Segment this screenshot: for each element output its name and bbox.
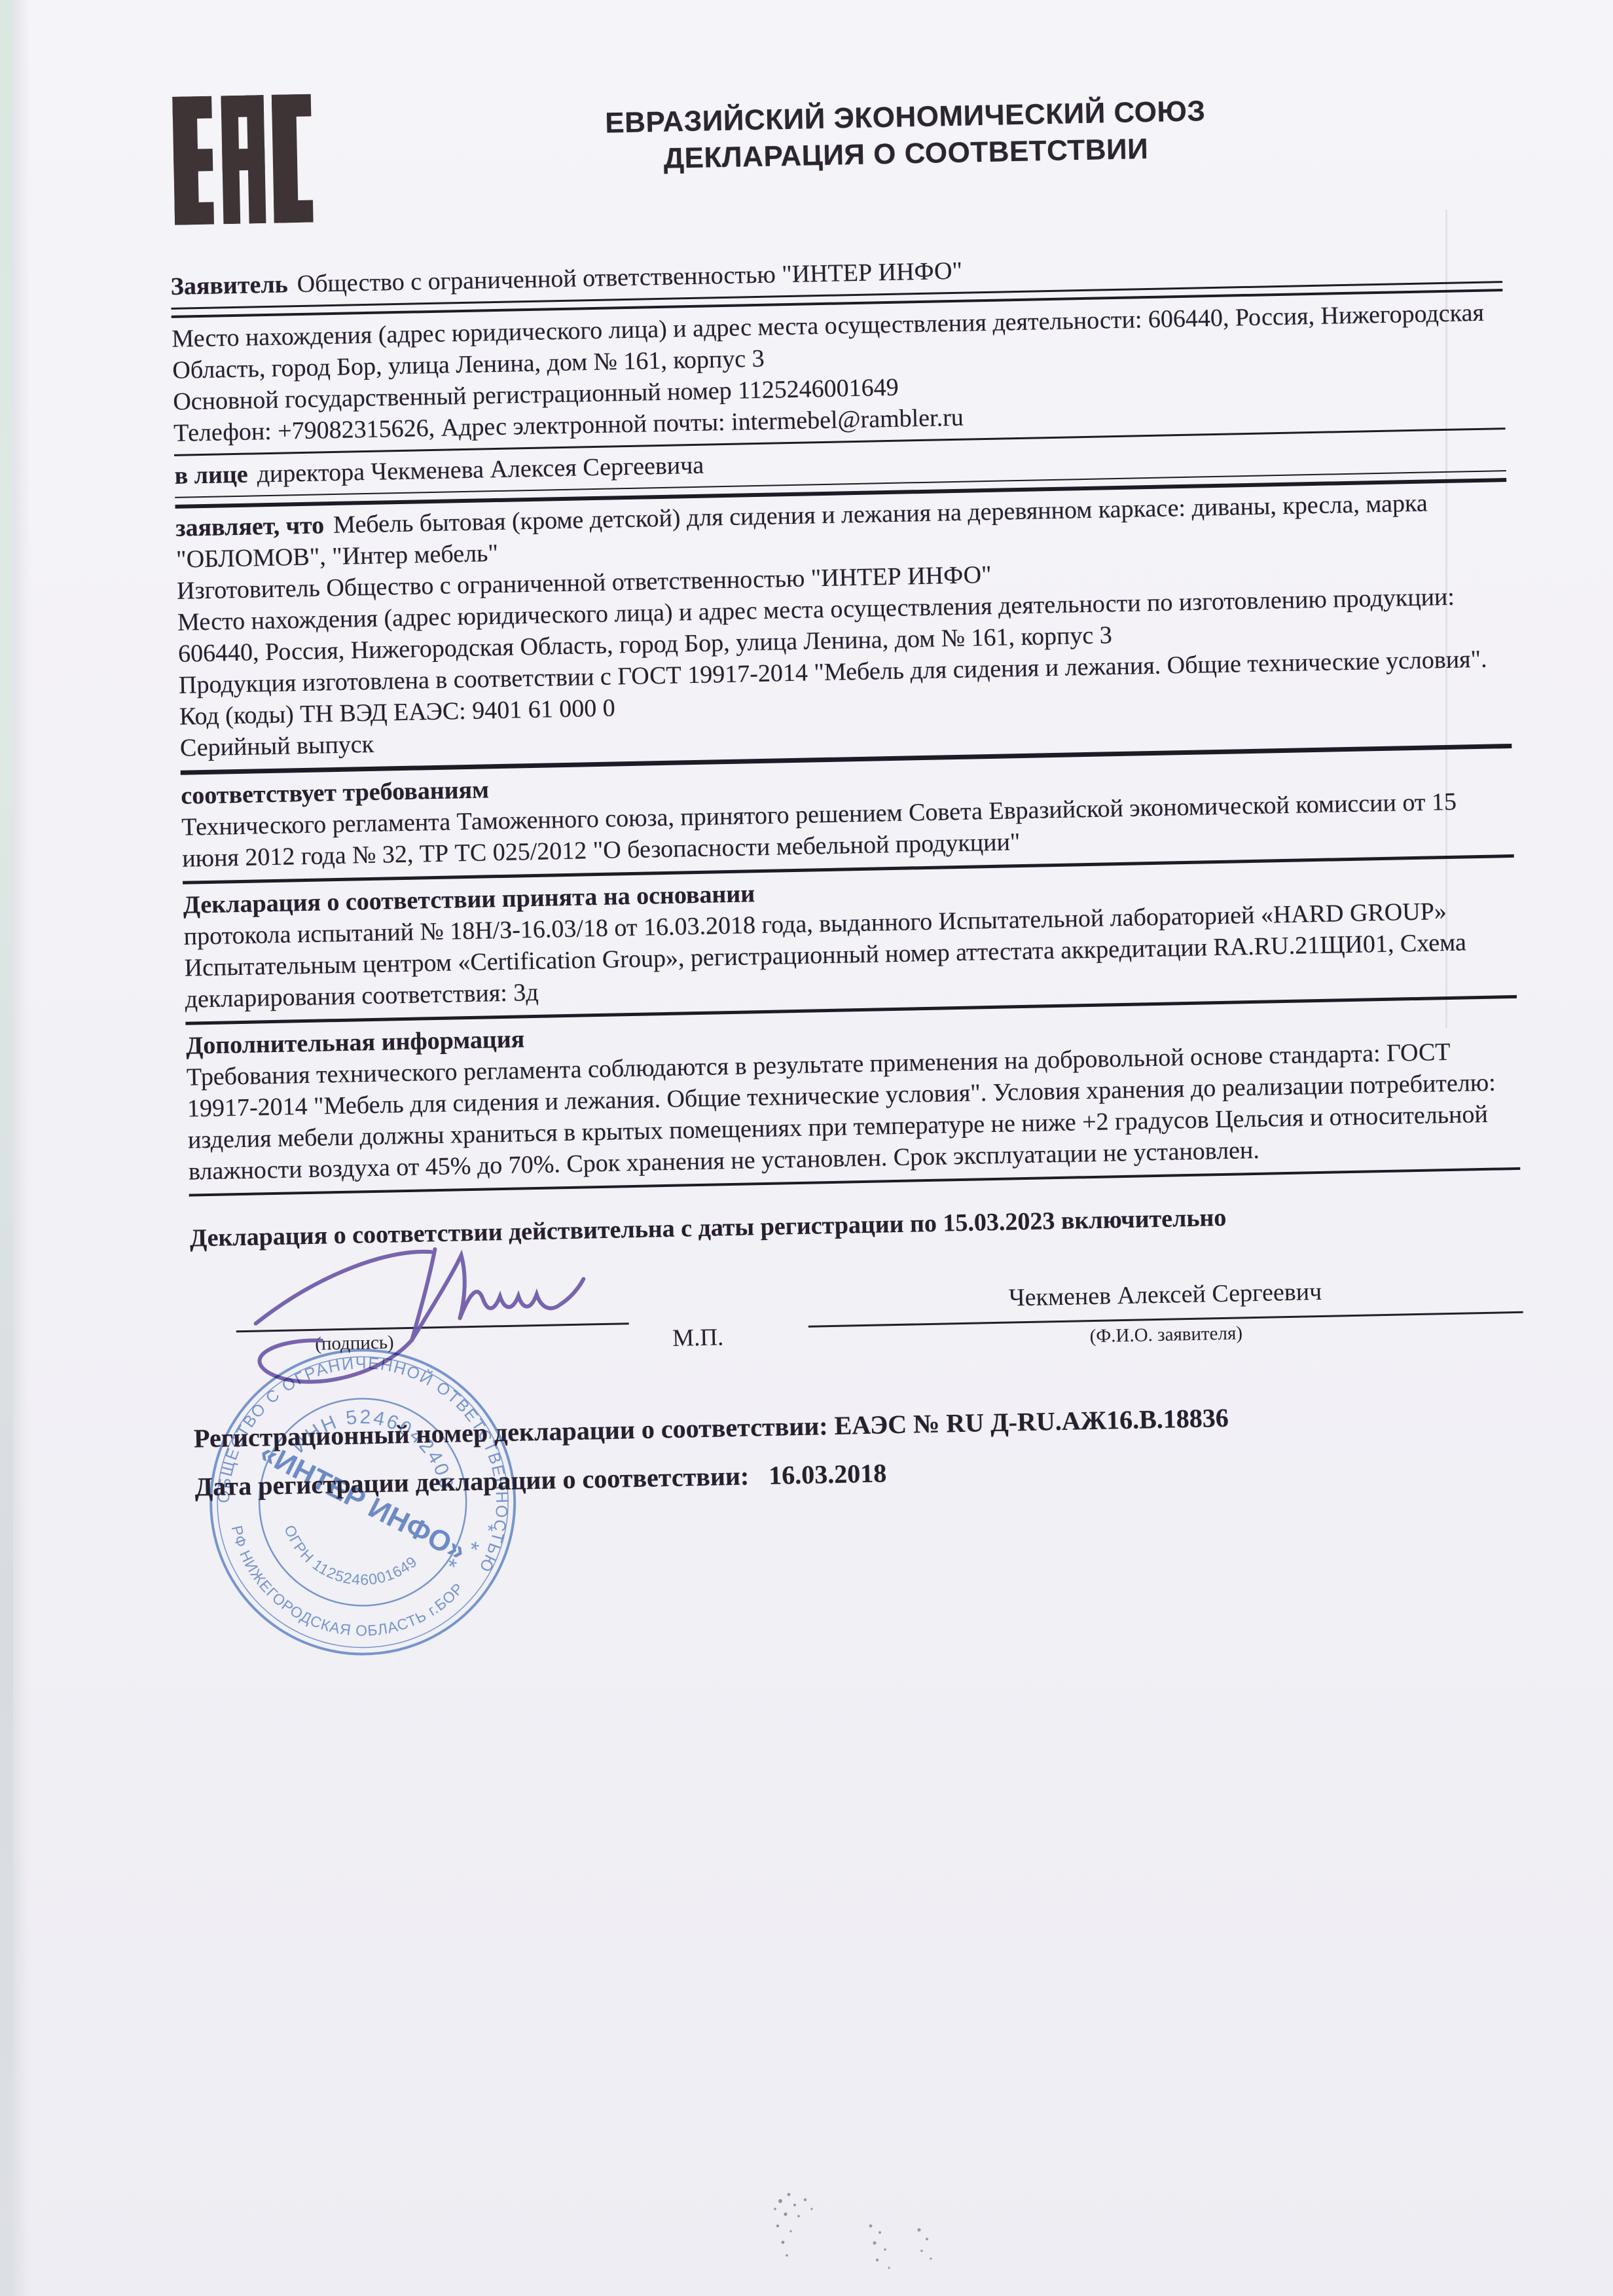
stamp-place-label: М.П. xyxy=(672,1323,725,1390)
registration-number-value: ЕАЭС № RU Д-RU.АЖ16.В.18836 xyxy=(834,1403,1229,1440)
scanned-declaration-page: { "doc": { "logo": "EAC", "title1": "ЕВР… xyxy=(0,0,1613,2296)
fio-caption: (Ф.И.О. заявителя) xyxy=(808,1317,1523,1353)
eac-logo-icon xyxy=(172,94,314,228)
document-title: ЕВРАЗИЙСКИЙ ЭКОНОМИЧЕСКИЙ СОЮЗ ДЕКЛАРАЦИ… xyxy=(311,87,1500,184)
applicant-label: Заявитель xyxy=(170,270,288,301)
in-person-value: директора Чекменева Алексея Сергеевича xyxy=(257,452,704,488)
scanner-edge-strip xyxy=(0,0,13,2296)
additional-text: Требования технического регламента соблю… xyxy=(187,1035,1520,1188)
document-sheet: ЕВРАЗИЙСКИЙ ЭКОНОМИЧЕСКИЙ СОЮЗ ДЕКЛАРАЦИ… xyxy=(167,70,1527,1504)
fio-area: Чекменев Алексей Сергеевич (Ф.И.О. заяви… xyxy=(807,1245,1525,1387)
scanner-edge-shadow xyxy=(13,0,30,2296)
declares-label: заявляет, что xyxy=(175,511,325,542)
document-header: ЕВРАЗИЙСКИЙ ЭКОНОМИЧЕСКИЙ СОЮЗ ДЕКЛАРАЦИ… xyxy=(167,70,1501,232)
in-person-label: в лице xyxy=(174,461,248,490)
applicant-fio: Чекменев Алексей Сергеевич xyxy=(808,1273,1523,1317)
registration-date-value: 16.03.2018 xyxy=(769,1458,887,1490)
scan-speckles xyxy=(851,2213,1021,2295)
applicant-value: Общество с ограниченной ответственностью… xyxy=(297,257,962,298)
